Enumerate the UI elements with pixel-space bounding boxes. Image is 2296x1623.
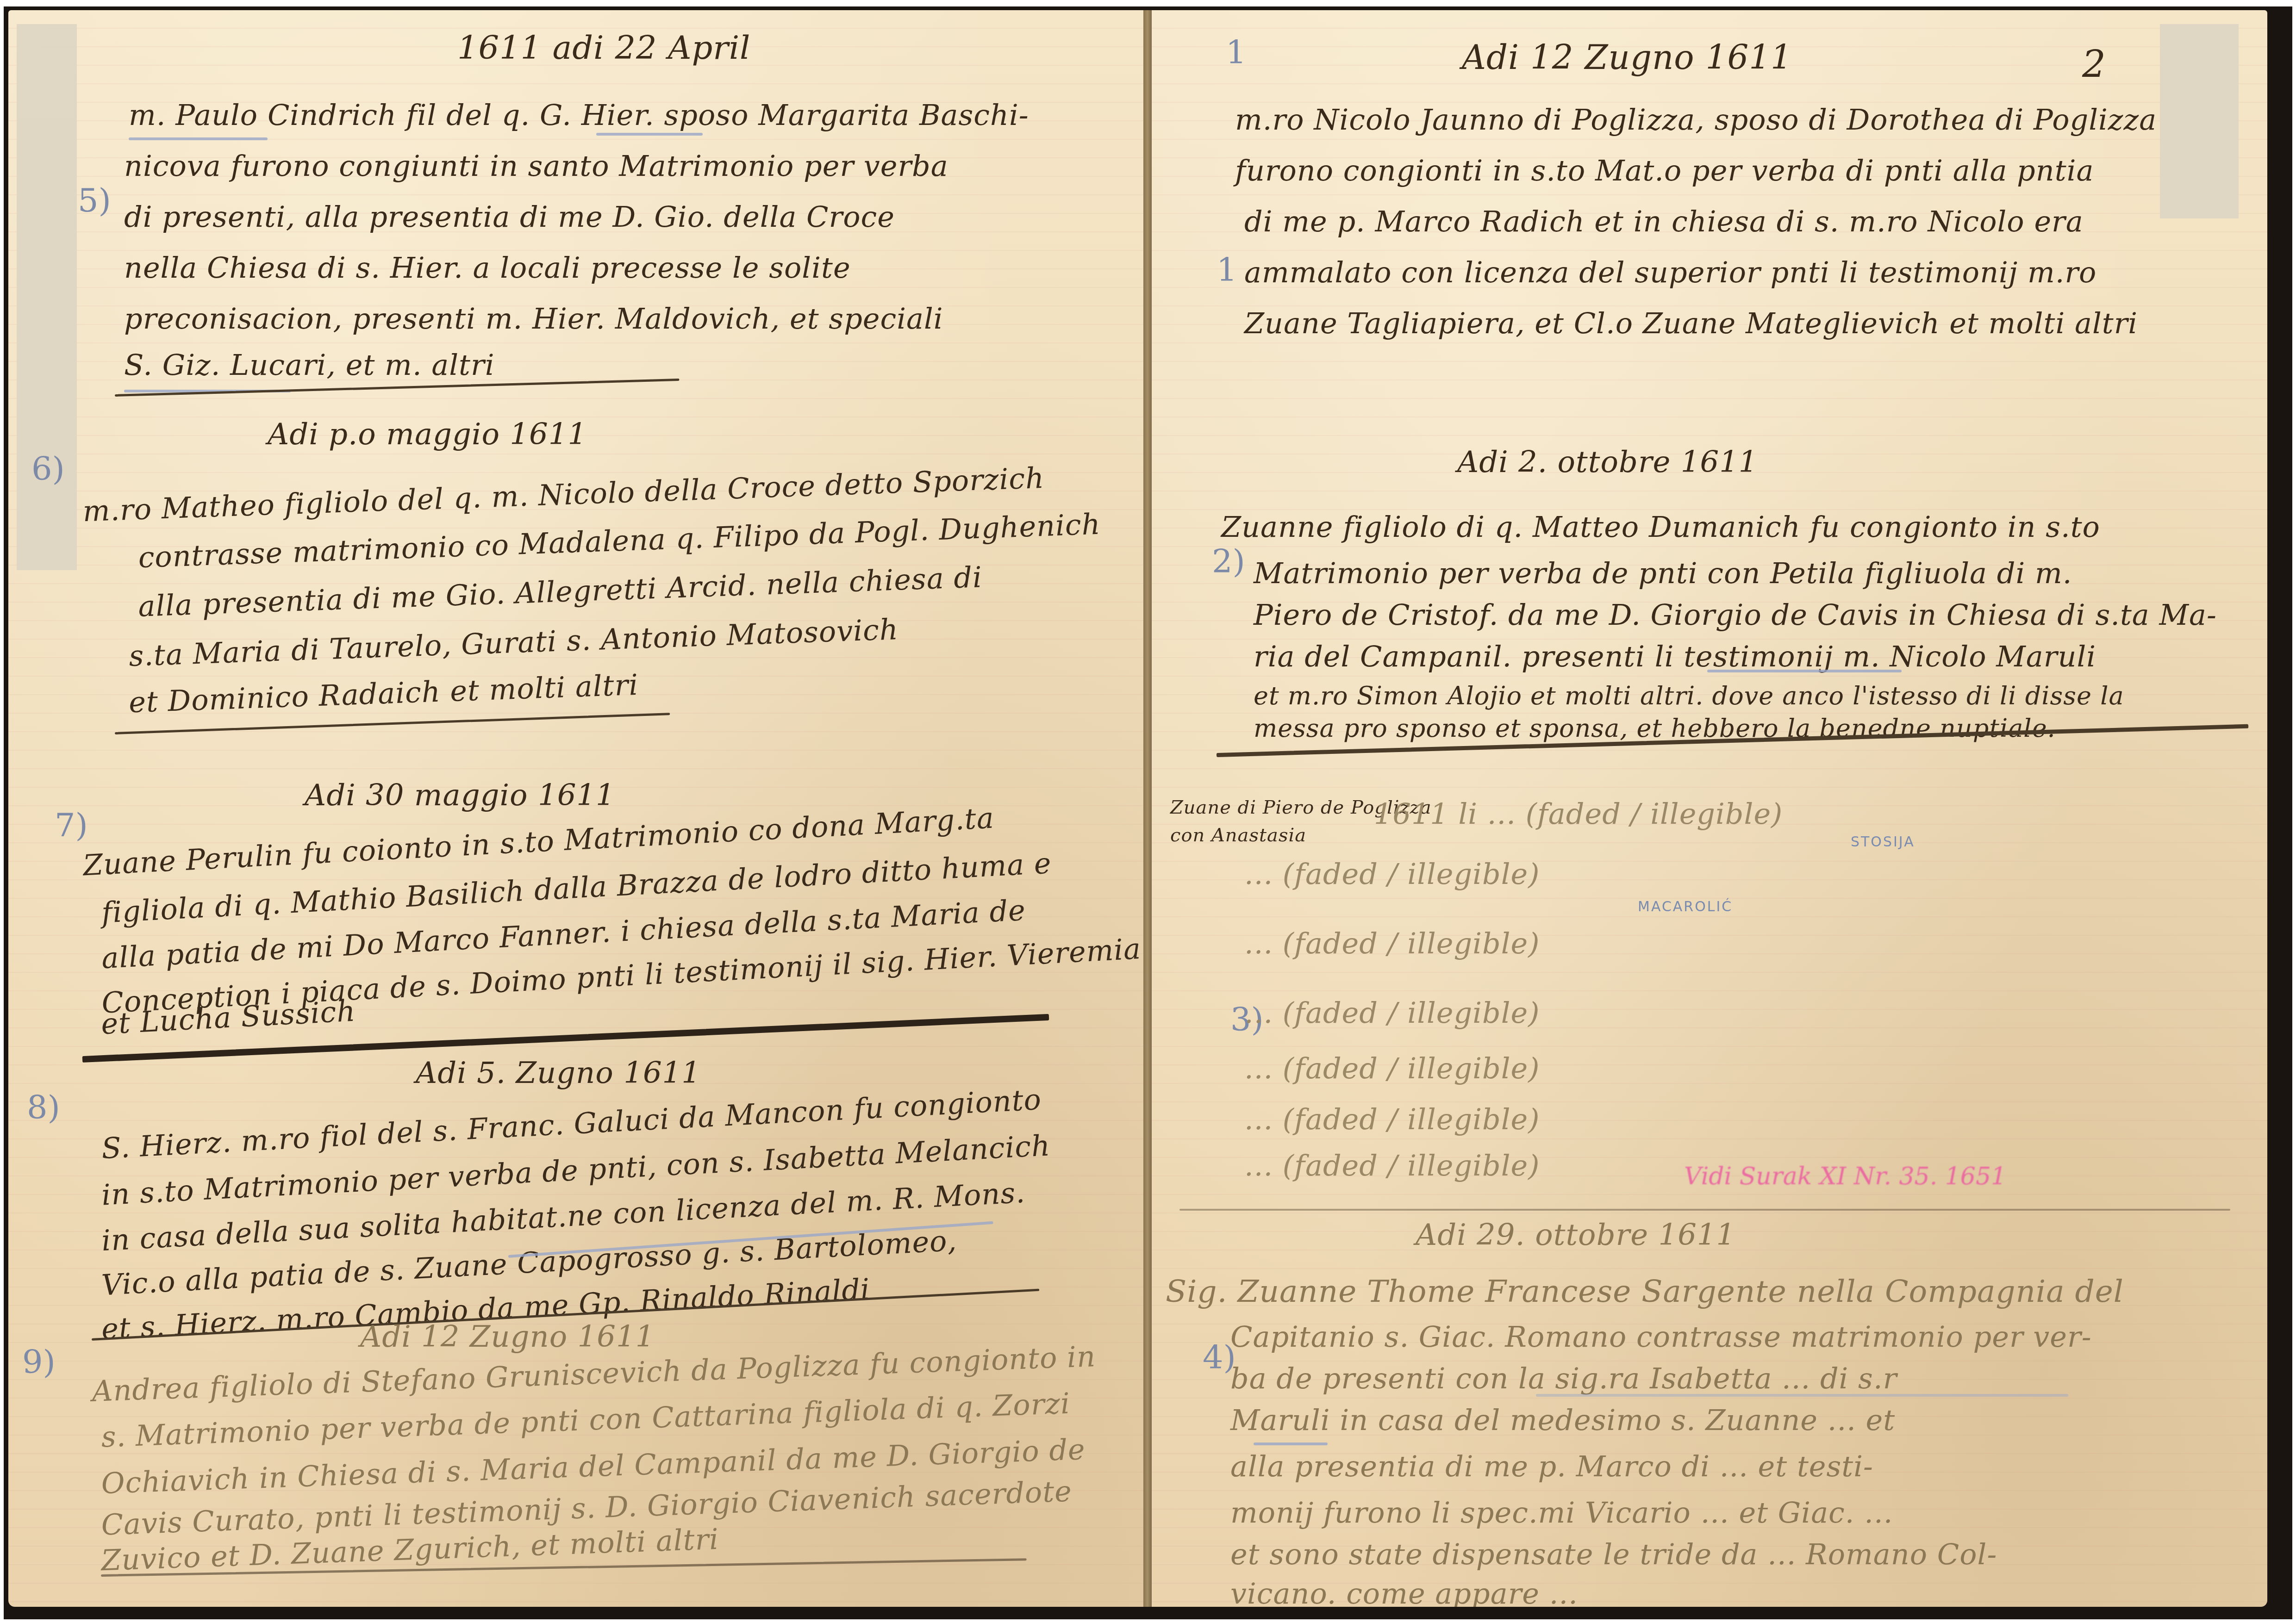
entry-line: et m.ro Simon Alojio et molti altri. dov… (1254, 681, 2124, 710)
entry-line: messa pro sponso et sponsa, et hebbero l… (1254, 714, 2056, 743)
blue-underline (129, 137, 268, 140)
entry-line: ... (faded / illegible) (1244, 1149, 1540, 1182)
entry-line: Matrimonio per verba de pnti con Petila … (1254, 556, 2072, 590)
entry-line: ba de presenti con la sig.ra Isabetta ..… (1230, 1362, 1897, 1395)
entry-line: ... (faded / illegible) (1244, 857, 1540, 891)
entry-line: Piero de Cristof. da me D. Giorgio de Ca… (1254, 598, 2217, 632)
entry-date: Adi 30 maggio 1611 (305, 778, 615, 813)
entry-line: Capitanio s. Giac. Romano contrasse matr… (1230, 1320, 2092, 1354)
margin-number: 9) (22, 1343, 56, 1381)
left-page: 1611 adi 22 April 5) m. Paulo Cindrich f… (8, 10, 1143, 1607)
binding-gutter (1143, 10, 1152, 1607)
entry-line: vicano. come appare ... (1230, 1577, 1578, 1607)
entry-line: ... (faded / illegible) (1244, 996, 1540, 1030)
right-page: 1 Adi 12 Zugno 1611 2 1 m.ro Nicolo Jaun… (1152, 10, 2267, 1607)
margin-number: 7) (55, 806, 88, 844)
blue-underline (1707, 670, 1902, 672)
entry-line: ... (faded / illegible) (1244, 1051, 1540, 1085)
entry-line: nella Chiesa di s. Hier. a locali preces… (124, 251, 851, 285)
entry-line: ... (faded / illegible) (1244, 927, 1540, 960)
entry-line: alla presentia di me p. Marco di ... et … (1230, 1449, 1873, 1483)
entry-line: monij furono li spec.mi Vicario ... et G… (1230, 1496, 1893, 1530)
entry-date: Adi p.o maggio 1611 (268, 417, 587, 452)
entry-date: Adi 2. ottobre 1611 (1457, 445, 1758, 479)
margin-number: 5) (78, 181, 111, 219)
page-header-date: Adi 12 Zugno 1611 (1462, 38, 1792, 77)
margin-note: con Anastasia (1170, 825, 1306, 846)
entry-line: Zuane Tagliapiera, et Cl.o Zuane Mategli… (1244, 306, 2138, 340)
entry-line: di me p. Marco Radich et in chiesa di s.… (1244, 205, 2084, 238)
blue-underline (596, 133, 703, 136)
entry-line: Sig. Zuanne Thome Francese Sargente nell… (1166, 1274, 2124, 1309)
repair-tape (17, 24, 77, 570)
page-header-date: 1611 adi 22 April (457, 29, 751, 67)
entry-line: preconisacion, presenti m. Hier. Maldovi… (124, 302, 943, 336)
entry-date: Adi 29. ottobre 1611 (1416, 1218, 1735, 1252)
entry-line: ammalato con licenza del superior pnti l… (1244, 255, 2096, 289)
entry-line: Zuanne figliolo di q. Matteo Dumanich fu… (1221, 510, 2100, 544)
entry-date: Adi 5. Zugno 1611 (416, 1056, 701, 1090)
margin-number: 2) (1212, 542, 1245, 580)
entry-line: ... (faded / illegible) (1244, 1102, 1540, 1136)
entry-line: 1611 li ... (faded / illegible) (1374, 797, 1783, 831)
entry-line: di presenti, alla presentia di me D. Gio… (124, 200, 895, 234)
entry-line: s.ta Maria di Taurelo, Gurati s. Antonio… (128, 612, 899, 673)
entry-line: S. Giz. Lucari, et m. altri (124, 348, 495, 382)
entry-line: nicova furono congiunti in santo Matrimo… (124, 149, 948, 183)
repair-tape (2160, 24, 2239, 218)
margin-number: 1 (1217, 251, 1237, 289)
entry-line: et Dominico Radaich et molti altri (128, 668, 639, 719)
entry-line: Maruli in casa del medesimo s. Zuanne ..… (1230, 1403, 1895, 1437)
entry-line: et sono state dispensate le tride da ...… (1230, 1537, 1997, 1571)
entry-line: m. Paulo Cindrich fil del q. G. Hier. sp… (129, 98, 1029, 132)
margin-number: 8) (27, 1088, 60, 1126)
entry-line: furono congionti in s.to Mat.o per verba… (1235, 154, 2094, 187)
pencil-label: MACAROLIĆ (1638, 899, 1733, 915)
page-number: 1 (1226, 33, 1247, 71)
entry-divider (1179, 1209, 2230, 1211)
entry-line: m.ro Nicolo Jaunno di Poglizza, sposo di… (1235, 103, 2157, 137)
folio-mark: 2 (2082, 43, 2106, 86)
entry-date: Adi 12 Zugno 1611 (360, 1320, 655, 1354)
archive-stamp: Vidi Surak XI Nr. 35. 1651 (1684, 1163, 2006, 1190)
blue-underline (1254, 1443, 1328, 1445)
margin-number: 6) (31, 450, 65, 488)
blue-underline (1536, 1394, 2068, 1397)
entry-line: ria del Campanil. presenti li testimonij… (1254, 640, 2096, 673)
pencil-label: STOSIJA (1851, 834, 1915, 850)
